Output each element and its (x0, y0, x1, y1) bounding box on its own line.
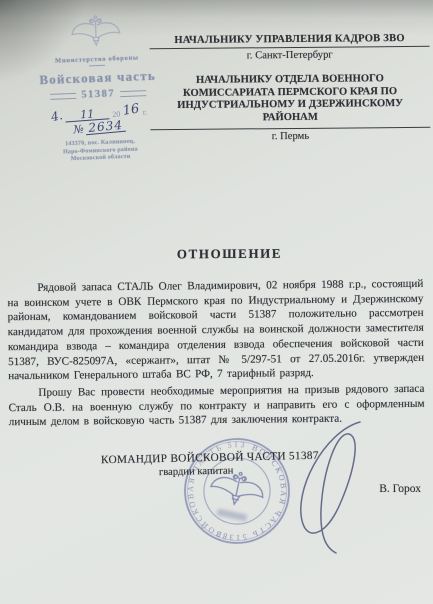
handwritten-signature (248, 408, 398, 568)
handwritten-day: 4. (50, 108, 64, 124)
number-underline: 2634 (85, 119, 126, 136)
handwritten-number: 2634 (88, 118, 124, 135)
double-rule-left (50, 92, 76, 99)
body-paragraph-1: Рядовой запаса СТАЛЬ Олег Владимирович, … (7, 277, 424, 384)
handwritten-month: 11 (80, 107, 95, 121)
recipients-block: НАЧАЛЬНИКУ УПРАВЛЕНИЯ КАДРОВ ЗВО г. Санк… (150, 33, 431, 144)
unit-number: 51387 (81, 88, 115, 100)
recipient-1-city: г. Санкт-Петербург (150, 49, 430, 62)
mod-eagle-emblem-icon (67, 13, 124, 51)
document-photo: Министерство обороны Войсковая часть 513… (0, 0, 433, 604)
handwritten-year: 16 (122, 101, 141, 118)
recipient-2-line-3: ИНДУСТРИАЛЬНОМУ И ДЗЕРЖИНСКОМУ (150, 98, 430, 113)
number-sign: № (73, 122, 85, 136)
recipient-2-city: г. Пермь (150, 130, 430, 143)
recipient-2-title: НАЧАЛЬНИКУ ОТДЕЛА ВОЕННОГО КОМИССАРИАТА … (150, 73, 430, 126)
recipient-2-line-4: РАЙОНАМ (150, 111, 430, 126)
letterhead-divider (89, 65, 105, 67)
document-title: ОТНОШЕНИЕ (13, 244, 433, 263)
recipient-1-title: НАЧАЛЬНИКУ УПРАВЛЕНИЯ КАДРОВ ЗВО (150, 33, 430, 49)
double-rule-right (120, 90, 146, 97)
printed-year-suffix: г. (143, 107, 148, 116)
